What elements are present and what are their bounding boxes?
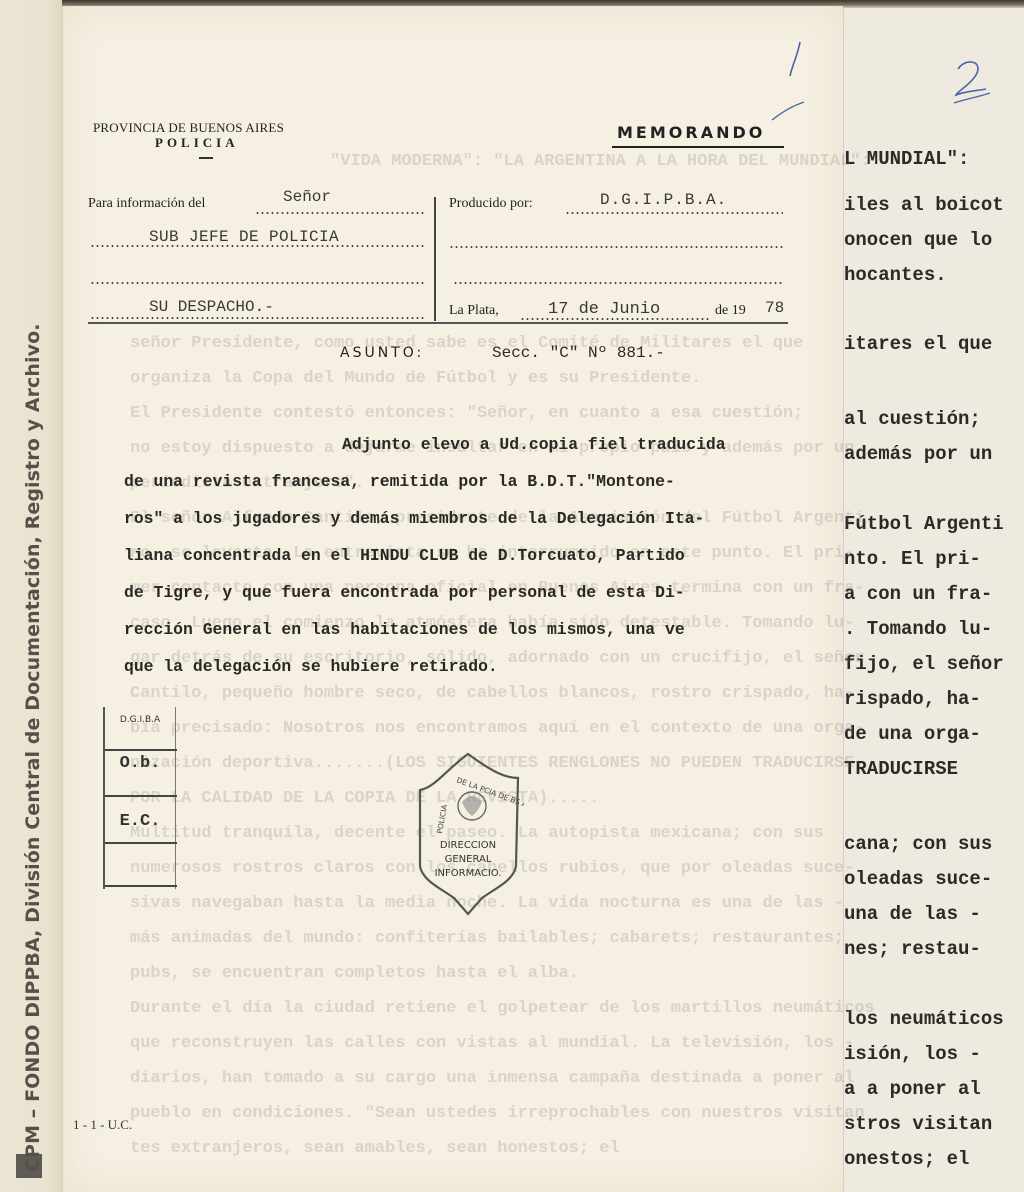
routing-stamp-ob: O.b.	[105, 754, 175, 773]
underlying-page-line: isión, los -	[844, 1043, 981, 1065]
dotted-line	[565, 212, 783, 214]
stamp-rule	[105, 842, 177, 844]
header-divider	[199, 157, 213, 159]
year-label: de 19	[715, 303, 746, 319]
underlying-page-line: a con un fra-	[844, 583, 992, 605]
stamp-rule	[105, 885, 177, 887]
underlying-page-line: cana; con sus	[844, 833, 992, 855]
underlying-page-line: . Tomando lu-	[844, 618, 992, 640]
year-value: 78	[765, 299, 784, 317]
underlying-page-line: de una orga-	[844, 723, 981, 745]
body-line: que la delegación se hubiere retirado.	[124, 648, 824, 685]
underlying-page-line: stros visitan	[844, 1113, 992, 1135]
underlying-page-line: a a poner al	[844, 1078, 981, 1100]
stamp-rule	[105, 795, 177, 797]
date-value: 17 de Junio	[548, 300, 660, 319]
underlying-page-line: nto. El pri-	[844, 548, 981, 570]
underlying-page-line: L MUNDIAL":	[844, 148, 969, 170]
para-value-line4: SU DESPACHO.-	[149, 298, 274, 316]
body-line: de Tigre, y que fuera encontrada por per…	[124, 574, 824, 611]
producido-label: Producido por:	[449, 196, 533, 212]
body-line: liana concentrada en el HINDU CLUB de D.…	[124, 537, 824, 574]
producido-value: D.G.I.P.B.A.	[600, 191, 727, 209]
form-code: 1 - 1 - U.C.	[73, 1117, 132, 1133]
police-seal-stamp: POLICIA DE LA PCIA DE BS AS DIRECCION GE…	[412, 748, 524, 916]
document-type-title: MEMORANDO	[617, 123, 765, 142]
underlying-page-line: rispado, ha-	[844, 688, 981, 710]
archive-credit-strip: CPM – FONDO DIPPBA, División Central de …	[0, 0, 62, 1192]
archive-credit-label: CPM – FONDO DIPPBA, División Central de …	[22, 323, 44, 1172]
svg-text:POLICIA: POLICIA	[435, 803, 449, 834]
header-agency: POLICIA	[155, 135, 239, 151]
dotted-line	[453, 282, 783, 284]
body-line: ros" a los jugadores y demás miembros de…	[124, 500, 824, 537]
underlying-page-line: al cuestión;	[844, 408, 981, 430]
routing-stamp-ec: E.C.	[105, 812, 175, 831]
underlying-page: L MUNDIAL":iles al boicotonocen que loho…	[842, 6, 1024, 1192]
para-label: Para información del	[88, 196, 205, 212]
title-underline	[612, 146, 784, 148]
underlying-page-line: oleadas suce-	[844, 868, 992, 890]
para-value-line2: SUB JEFE DE POLICIA	[149, 228, 339, 246]
seal-line1: DIRECCION	[412, 840, 524, 851]
underlying-page-line: nes; restau-	[844, 938, 981, 960]
underlying-page-line: los neumáticos	[844, 1008, 1004, 1030]
dotted-line	[449, 246, 783, 248]
stamp-rule	[105, 749, 177, 751]
underlying-page-line: onestos; el	[844, 1148, 969, 1170]
header-province: PROVINCIA DE BUENOS AIRES	[93, 120, 284, 136]
routing-stamp-header: D.G.I.B.A	[105, 715, 175, 725]
dotted-line	[90, 282, 425, 284]
dotted-line	[90, 317, 425, 319]
seal-line3: INFORMACIO.	[412, 868, 524, 879]
body-line: Adjunto elevo a Ud.copia fiel traducida	[124, 426, 824, 463]
memo-body: Adjunto elevo a Ud.copia fiel traducida …	[124, 426, 824, 685]
body-line: rección General en las habitaciones de l…	[124, 611, 824, 648]
underlying-page-line: itares el que	[844, 333, 992, 355]
form-column-divider	[434, 197, 436, 321]
routing-stamp: D.G.I.B.A O.b. E.C.	[103, 707, 176, 889]
asunto-value: Secc. "C" Nº 881.-	[492, 344, 665, 362]
underlying-page-line: Fútbol Argenti	[844, 513, 1004, 535]
underlying-page-line: onocen que lo	[844, 229, 992, 251]
underlying-page-line: iles al boicot	[844, 194, 1004, 216]
underlying-page-line: hocantes.	[844, 264, 947, 286]
underlying-page-line: una de las -	[844, 903, 981, 925]
shield-outline-icon: POLICIA DE LA PCIA DE BS AS	[412, 748, 524, 916]
form-bottom-rule	[88, 322, 788, 324]
place-label: La Plata,	[449, 303, 499, 319]
body-line: de una revista francesa, remitida por la…	[124, 463, 824, 500]
asunto-label: ASUNTO:	[340, 345, 424, 361]
para-value-line1: Señor	[283, 188, 331, 206]
seal-line2: GENERAL	[412, 854, 524, 865]
dotted-line	[255, 212, 425, 214]
underlying-page-line: además por un	[844, 443, 992, 465]
underlying-page-line: fijo, el señor	[844, 653, 1004, 675]
underlying-page-line: TRADUCIRSE	[844, 758, 958, 780]
